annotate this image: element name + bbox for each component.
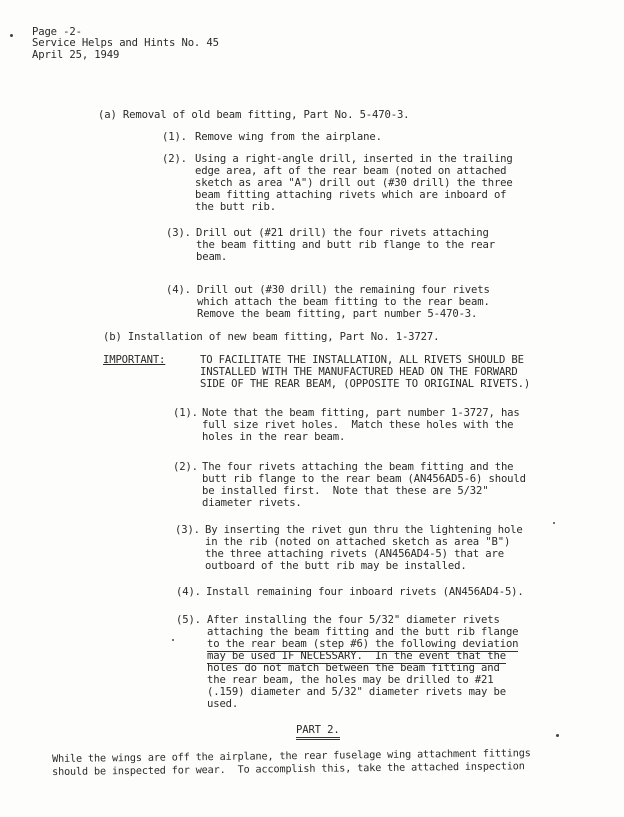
step-a1-num: (1).: [162, 131, 187, 144]
section-a-title: (a) Removal of old beam fitting, Part No…: [98, 109, 409, 122]
step-b2-line: diameter rivets.: [202, 497, 302, 510]
part-2-heading: PART 2.: [296, 724, 340, 740]
step-b2-num: (2).: [173, 461, 198, 474]
step-b3-line: outboard of the butt rib may be installe…: [205, 560, 467, 573]
step-b4-line: Install remaining four inboard rivets (A…: [206, 586, 524, 599]
step-b5-num: (5).: [176, 614, 201, 627]
step-b1-line: holes in the rear beam.: [202, 431, 345, 444]
margin-mark: [10, 34, 13, 37]
step-a4-line: Remove the beam fitting, part number 5-4…: [197, 308, 477, 321]
step-a4-num: (4).: [166, 284, 191, 297]
step-a2-line: the butt rib.: [195, 201, 276, 214]
step-b3-num: (3).: [175, 524, 200, 537]
step-a3-line: the beam fitting and butt rib flange to …: [196, 239, 495, 252]
margin-mark: [553, 522, 555, 524]
step-a1-line: Remove wing from the airplane.: [195, 131, 382, 144]
important-label-text: IMPORTANT:: [103, 354, 165, 366]
margin-mark: [556, 734, 559, 737]
step-a3-line: beam.: [196, 251, 227, 264]
step-b5-line: used.: [207, 698, 238, 711]
important-line: SIDE OF THE REAR BEAM, (OPPOSITE TO ORIG…: [200, 378, 530, 391]
step-b4-num: (4).: [176, 586, 201, 599]
section-b-title: (b) Installation of new beam fitting, Pa…: [103, 331, 439, 344]
step-a2-num: (2).: [162, 153, 187, 166]
deviation-underlined-line: may be used IF NECESSARY. In the event t…: [207, 650, 506, 662]
step-b5-line: (.159) diameter and 5/32" diameter rivet…: [207, 686, 506, 699]
important-label: IMPORTANT:: [103, 354, 165, 367]
deviation-underlined-line: to the rear beam (step #6) the following…: [207, 638, 518, 650]
step-a3-num: (3).: [166, 227, 191, 240]
step-b1-num: (1).: [173, 407, 198, 420]
margin-mark: [172, 639, 174, 641]
document-date: April 25, 1949: [32, 49, 119, 62]
